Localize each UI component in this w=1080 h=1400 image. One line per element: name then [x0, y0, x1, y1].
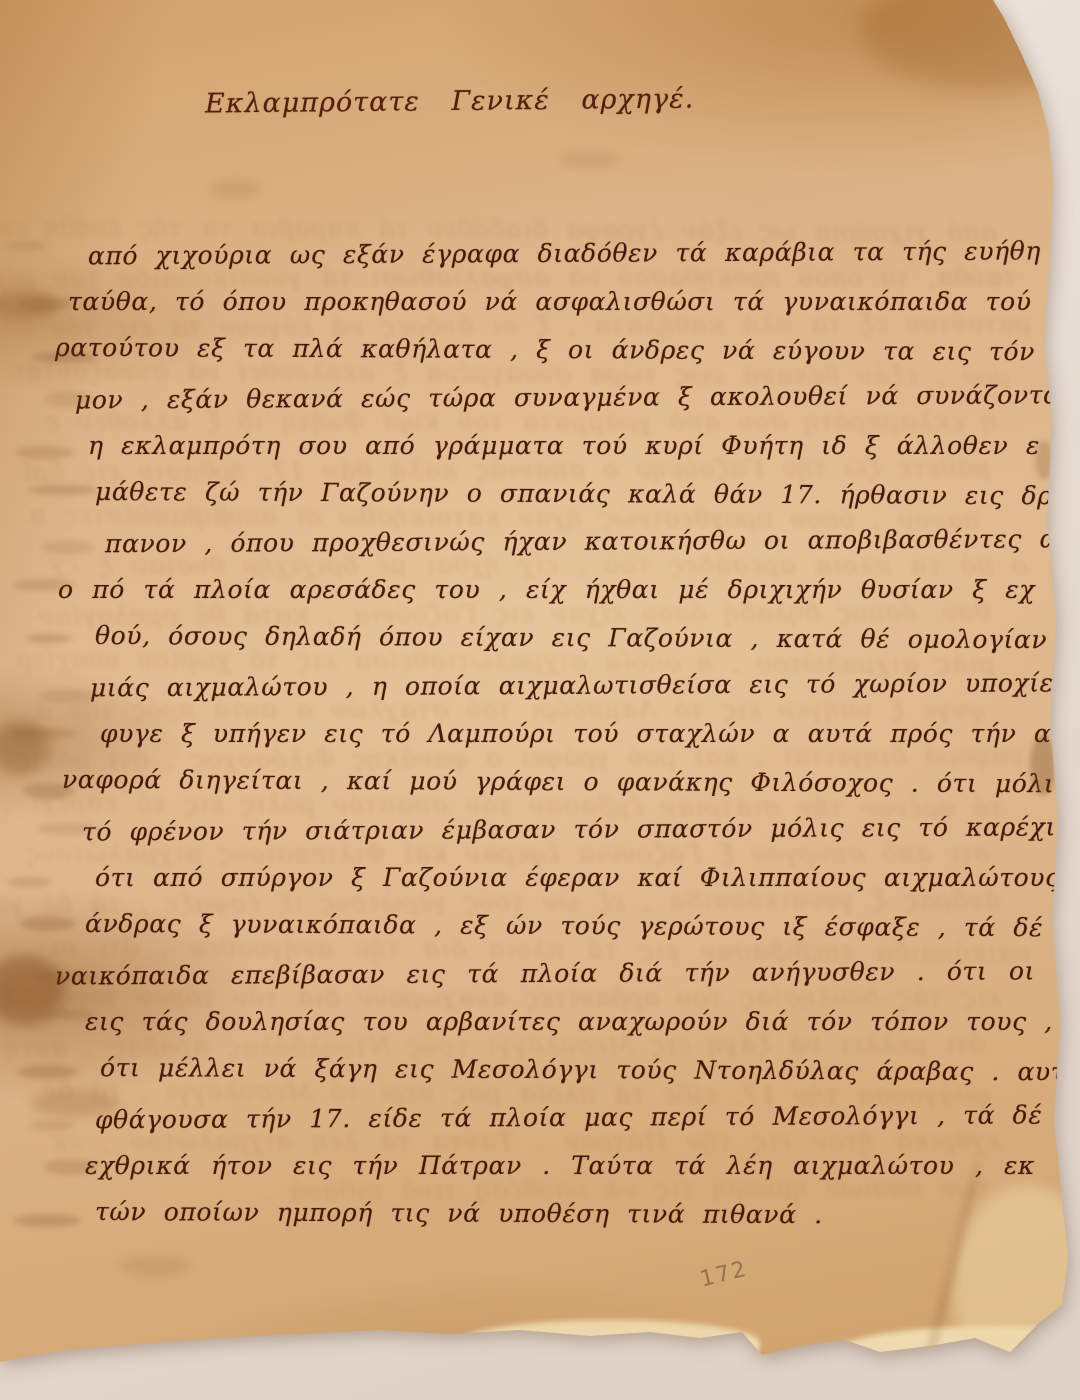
pencil-page-number: 172	[698, 1257, 751, 1293]
manuscript-line: μον , εξάν θεκανά εώς τώρα συναγμένα ξ α…	[50, 371, 1035, 424]
manuscript-line: ότι από σπύργον ξ Γαζούνια έφεραν καί Φι…	[50, 854, 1035, 902]
stain-blob	[560, 150, 620, 170]
manuscript-line: τών οποίων ημπορή τις νά υποθέση τινά πι…	[50, 1188, 1035, 1240]
stain-blob	[460, 1320, 760, 1364]
manuscript-line: πανον , όπου προχθεσινώς ήχαν κατοικήσθω…	[50, 515, 1035, 568]
manuscript-line: φθάγουσα τήν 17. είδε τά πλοία μας περί …	[50, 1091, 1035, 1144]
stain-blob	[690, 1335, 760, 1361]
manuscript-line: άνδρας ξ γυναικόπαιδα , εξ ών τούς γερώτ…	[50, 900, 1035, 952]
photo-frame: από χιχούρια ως εξάν έγραφα διαδόθεν τά …	[0, 0, 1080, 1400]
manuscript-text-block: από χιχούρια ως εξάν έγραφα διαδόθεν τά …	[50, 230, 1035, 1238]
paper-sheet: από χιχούρια ως εξάν έγραφα διαδόθεν τά …	[0, 0, 1080, 1400]
manuscript-line: ότι μέλλει νά ξάγη εις Μεσολόγγι τούς Ντ…	[50, 1044, 1035, 1096]
manuscript-line: ο πό τά πλοία αρεσάδες του , είχ ήχθαι μ…	[50, 566, 1035, 614]
stain-blob	[0, 720, 50, 775]
salutation-line: Εκλαμπρότατε Γενικέ αρχηγέ.	[205, 83, 695, 119]
stain-blob	[6, 242, 48, 251]
manuscript-line: από χιχούρια ως εξάν έγραφα διαδόθεν τά …	[50, 227, 1035, 280]
stain-blob	[860, 0, 1080, 90]
manuscript-line: μιάς αιχμαλώτου , η οποία αιχμαλωτισθείσ…	[50, 659, 1035, 712]
stain-blob	[210, 180, 260, 198]
manuscript-line: ταύθα, τό όπου προκηθασού νά ασφαλισθώσι…	[50, 278, 1035, 326]
stain-blob	[830, 1326, 1080, 1384]
manuscript-line: ναικόπαιδα επεβίβασαν εις τά πλοία διά τ…	[50, 947, 1035, 1000]
manuscript-line: η εκλαμπρότη σου από γράμματα τού κυρί Φ…	[50, 422, 1035, 470]
paper-shadow-wrap: από χιχούρια ως εξάν έγραφα διαδόθεν τά …	[0, 0, 1080, 1400]
stain-blob	[7, 877, 52, 887]
manuscript-line: ναφορά διηγείται , καί μού γράφει ο φανά…	[50, 756, 1035, 808]
manuscript-line: φυγε ξ υπήγεν εις τό Λαμπούρι τού σταχλώ…	[50, 710, 1035, 758]
manuscript-line: μάθετε ζώ τήν Γαζούνην ο σπανιάς καλά θά…	[50, 468, 1035, 520]
stain-blob	[120, 1255, 190, 1277]
manuscript-line: εις τάς δουλησίας του αρβανίτες αναχωρού…	[50, 998, 1035, 1046]
manuscript-line: ρατούτου εξ τα πλά καθήλατα , ξ οι άνδρε…	[50, 324, 1035, 376]
manuscript-line: τό φρένον τήν σιάτριαν έμβασαν τόν σπαστ…	[50, 803, 1035, 856]
manuscript-line: εχθρικά ήτον εις τήν Πάτραν . Ταύτα τά λ…	[50, 1142, 1035, 1190]
manuscript-line: θού, όσους δηλαδή όπου είχαν εις Γαζούνι…	[50, 612, 1035, 664]
